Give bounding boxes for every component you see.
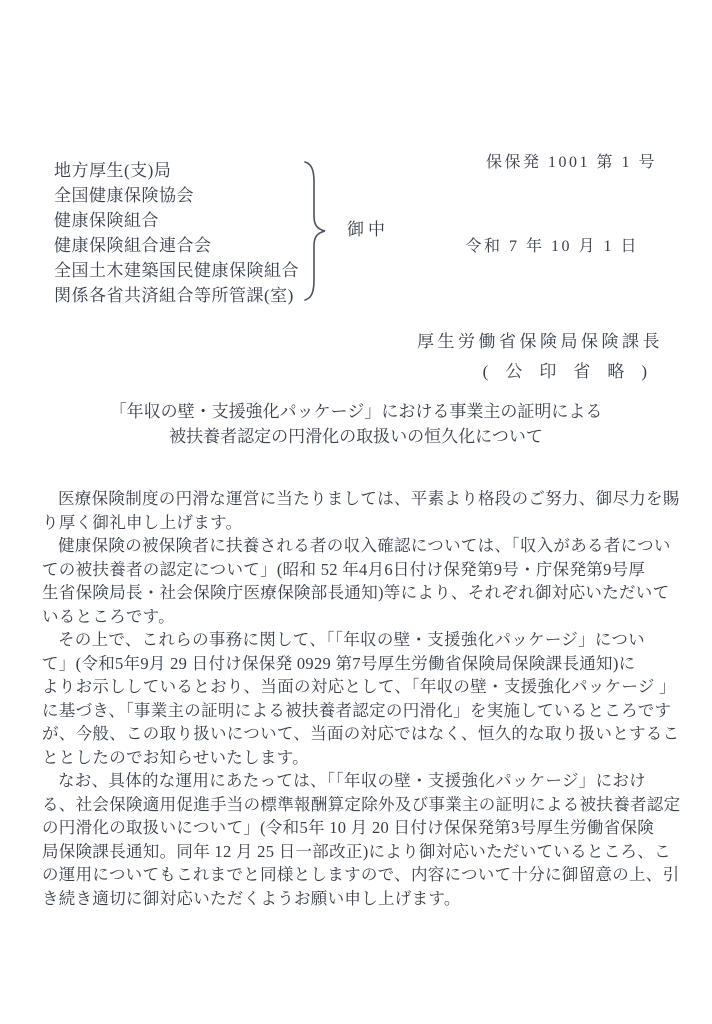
body-line: いるところです。 <box>42 605 678 629</box>
doc-date: 令和 7 年 10 月 1 日 <box>465 233 657 261</box>
body-line: その上で、これらの事務に関して、「「年収の壁・支援強化パッケージ」につい <box>42 628 678 652</box>
doc-number: 保保発 1001 第 1 号 <box>465 149 657 177</box>
body-line: 健康保険の被保険者に扶養される者の収入確認については、「収入がある者につい <box>42 534 678 558</box>
subject-line-1: 「年収の壁・支援強化パッケージ」における事業主の証明による <box>0 399 712 424</box>
body-line: ての被扶養者の認定について」(昭和 52 年4月6日付け保発第9号・庁保発第9号… <box>42 558 678 582</box>
subject-line-2: 被扶養者認定の円滑化の取扱いの恒久化について <box>0 424 712 449</box>
body-line: り厚く御礼申し上げます。 <box>42 511 678 535</box>
document-page: 保保発 1001 第 1 号 令和 7 年 10 月 1 日 地方厚生(支)局 … <box>0 0 712 1024</box>
subject-title: 「年収の壁・支援強化パッケージ」における事業主の証明による 被扶養者認定の円滑化… <box>0 399 712 449</box>
recipient-item: 健康保険組合 <box>54 208 299 233</box>
body-line: き続き適切に御対応いただくようお願い申し上げます。 <box>42 887 678 911</box>
body-line: の運用についてもこれまでと同様としますので、内容について十分に御留意の上、引 <box>42 863 678 887</box>
body-line: 局保険課長通知。同年 12 月 25 日一部改正)により御対応いただいているとこ… <box>42 840 678 864</box>
body-line: の円滑化の取扱いについて」(令和5年 10 月 20 日付け保保発第3号厚生労働… <box>42 816 678 840</box>
body-line: 医療保険制度の円滑な運営に当たりましては、平素より格段のご努力、御尽力を賜 <box>42 487 678 511</box>
body-text: 医療保険制度の円滑な運営に当たりましては、平素より格段のご努力、御尽力を賜 り厚… <box>42 487 678 910</box>
sender-block: 厚生労働省保険局保険課長 ( 公 印 省 略 ) <box>417 327 663 387</box>
body-line: に基づき、「事業主の証明による被扶養者認定の円滑化」を実施しているところです <box>42 699 678 723</box>
recipient-item: 地方厚生(支)局 <box>54 158 299 183</box>
body-line: 生省保険局長・社会保険庁医療保険部長通知)等により、それぞれ御対応いただいて <box>42 581 678 605</box>
recipient-list: 地方厚生(支)局 全国健康保険協会 健康保険組合 健康保険組合連合会 全国土木建… <box>54 158 299 308</box>
recipient-item: 全国土木建築国民健康保険組合 <box>54 258 299 283</box>
doc-meta: 保保発 1001 第 1 号 令和 7 年 10 月 1 日 <box>465 93 657 317</box>
sender-title: 厚生労働省保険局保険課長 <box>417 327 663 357</box>
recipient-item: 健康保険組合連合会 <box>54 233 299 258</box>
honorific-gochu: 御中 <box>347 215 389 240</box>
recipient-item: 関係各省共済組合等所管課(室) <box>54 283 299 308</box>
recipient-item: 全国健康保険協会 <box>54 183 299 208</box>
body-line: が、今般、この取り扱いについて、当面の対応ではなく、恒久的な取り扱いとするこ <box>42 722 678 746</box>
right-curly-brace-icon <box>302 160 330 302</box>
seal-omitted-note: ( 公 印 省 略 ) <box>417 357 663 387</box>
body-line: なお、具体的な運用にあたっては、「「年収の壁・支援強化パッケージ」におけ <box>42 769 678 793</box>
body-line: よりお示ししているとおり、当面の対応として、「年収の壁・支援強化パッケージ 」 <box>42 675 678 699</box>
body-line: る、社会保険適用促進手当の標準報酬算定除外及び事業主の証明による被扶養者認定 <box>42 793 678 817</box>
body-line: て」(令和5年9月 29 日付け保保発 0929 第7号厚生労働省保険局保険課長… <box>42 652 678 676</box>
body-line: ととしたのでお知らせいたします。 <box>42 746 678 770</box>
